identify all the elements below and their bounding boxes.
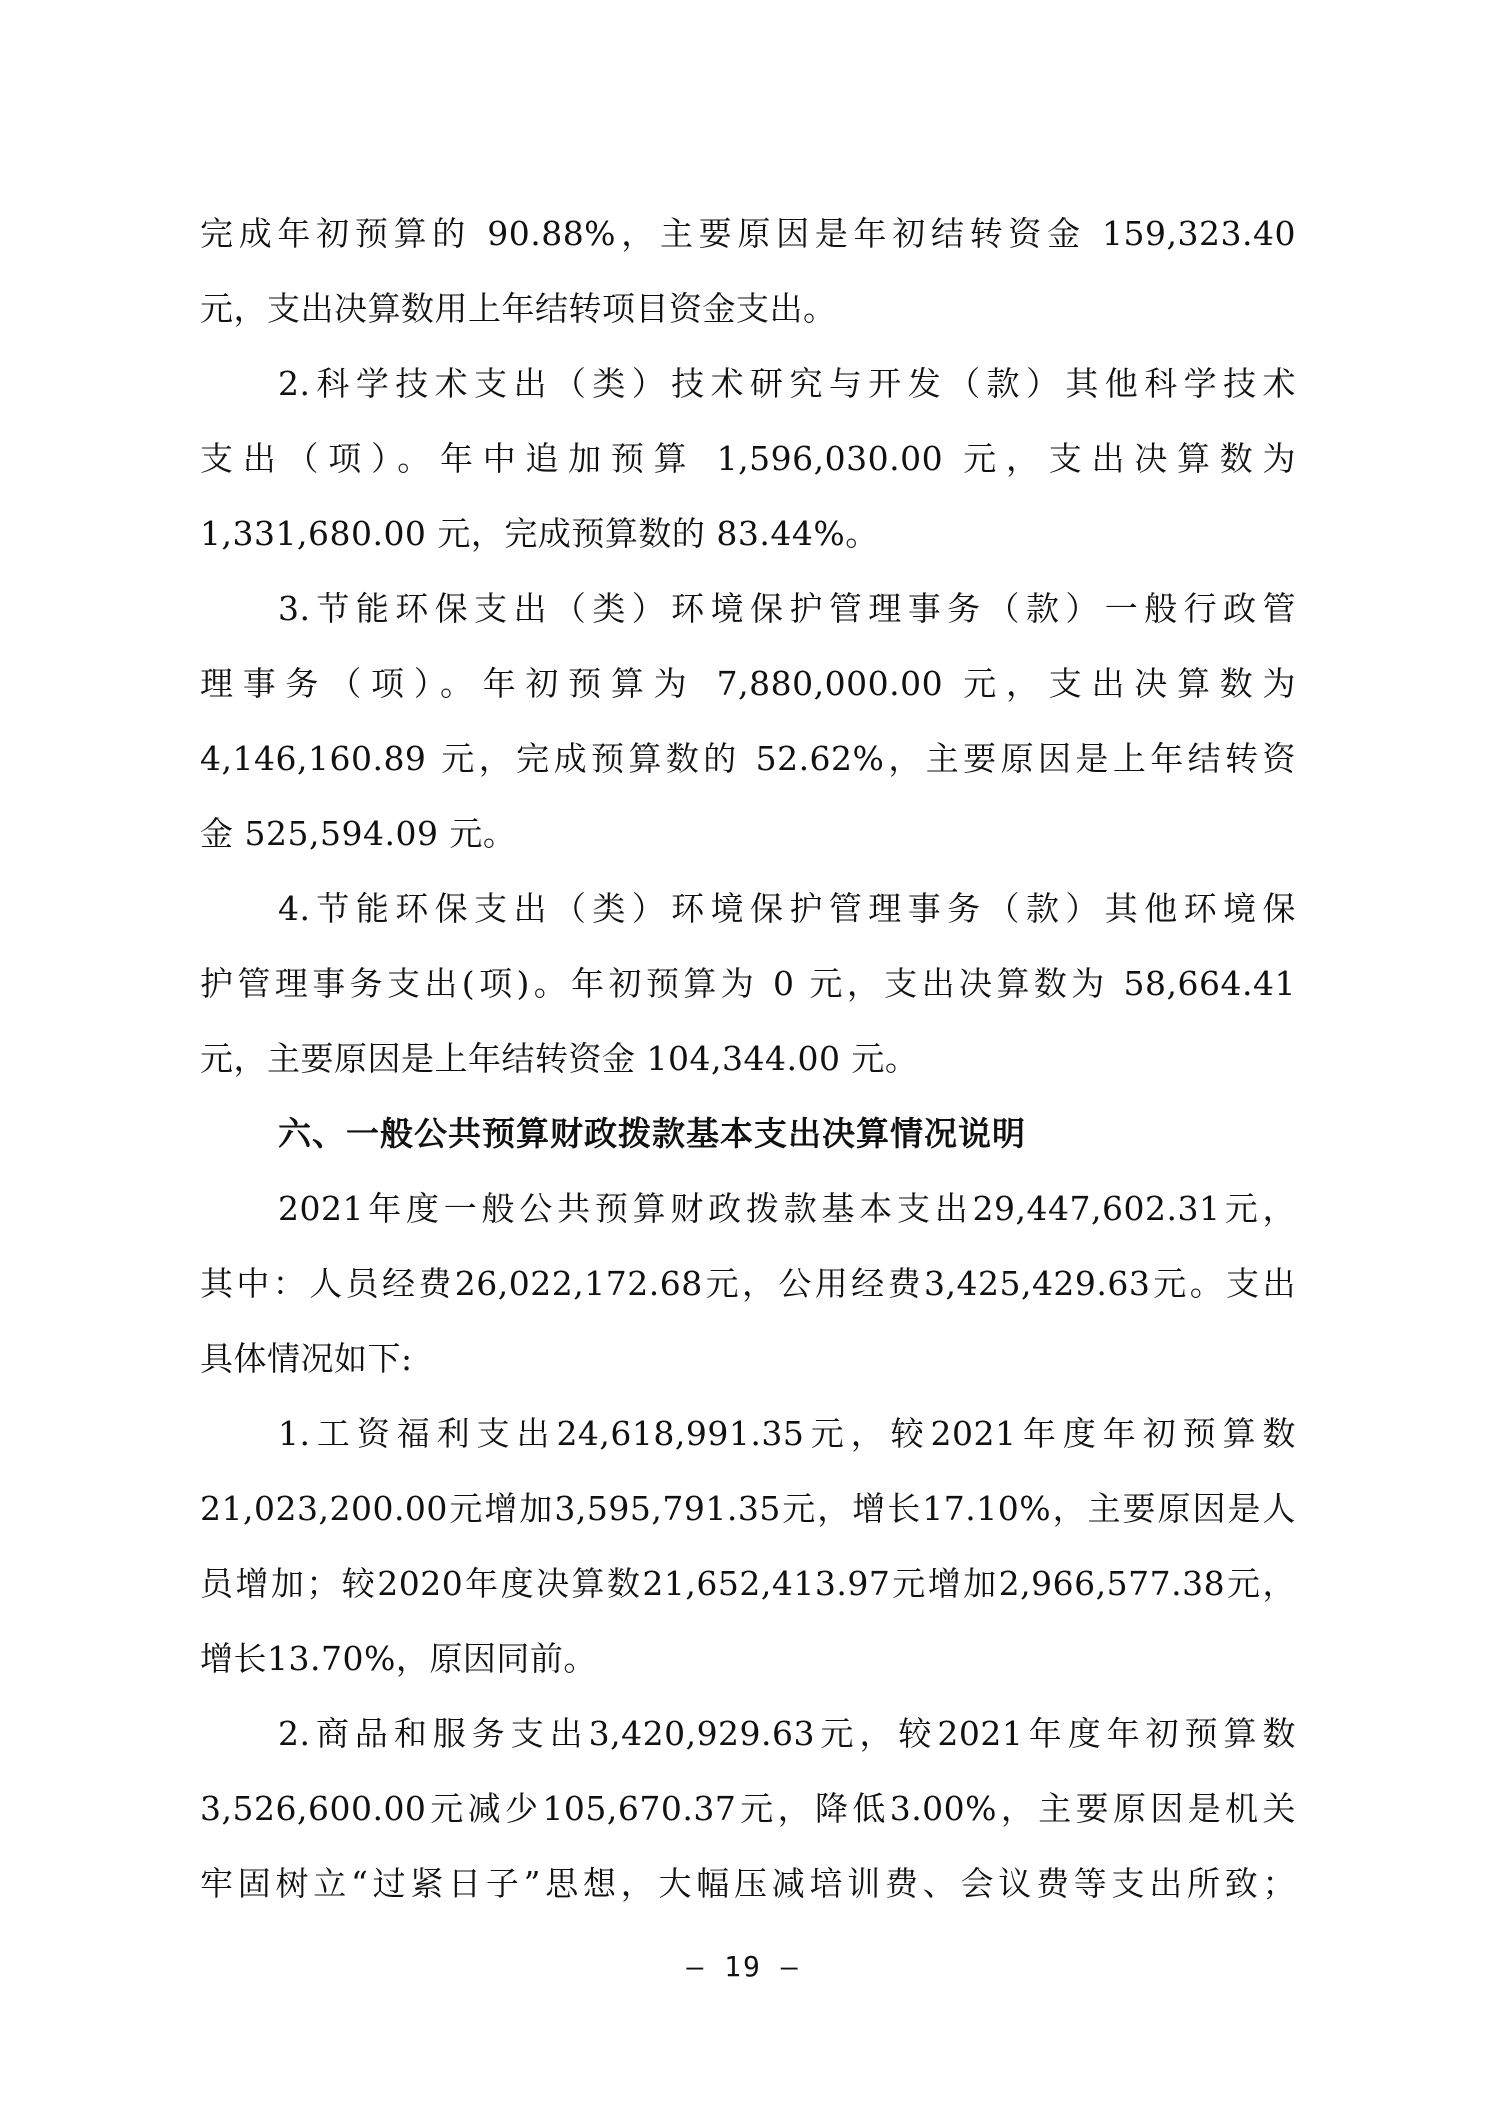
paragraph-line: 4,146,160.89 元，完成预算数的 52.62%，主要原因是上年结转资: [200, 721, 1296, 796]
paragraph-line: 其中：人员经费26,022,172.68元，公用经费3,425,429.63元。…: [200, 1246, 1296, 1321]
paragraph-line: 1.工资福利支出24,618,991.35元，较2021年度年初预算数: [200, 1396, 1296, 1471]
paragraph-line: 金 525,594.09 元。: [200, 796, 1296, 871]
paragraph-line: 3.节能环保支出（类）环境保护管理事务（款）一般行政管: [200, 571, 1296, 646]
paragraph-line: 4.节能环保支出（类）环境保护管理事务（款）其他环境保: [200, 871, 1296, 946]
paragraph-line: 理事务（项）。年初预算为 7,880,000.00 元，支出决算数为: [200, 646, 1296, 721]
paragraph-line: 2021年度一般公共预算财政拨款基本支出29,447,602.31元，: [200, 1171, 1296, 1246]
paragraph-line: 2.商品和服务支出3,420,929.63元，较2021年度年初预算数: [200, 1696, 1296, 1771]
paragraph-line: 牢固树立“过紧日子”思想，大幅压减培训费、会议费等支出所致；: [200, 1846, 1296, 1921]
paragraph-line: 增长13.70%，原因同前。: [200, 1621, 1296, 1696]
paragraph-line: 元，支出决算数用上年结转项目资金支出。: [200, 271, 1296, 346]
paragraph-line: 21,023,200.00元增加3,595,791.35元，增长17.10%，主…: [200, 1471, 1296, 1546]
paragraph-line: 3,526,600.00元减少105,670.37元，降低3.00%，主要原因是…: [200, 1771, 1296, 1846]
paragraph-line: 完成年初预算的 90.88%，主要原因是年初结转资金 159,323.40: [200, 196, 1296, 271]
page-number: — 19 —: [0, 1950, 1486, 1983]
paragraph-line: 2.科学技术支出（类）技术研究与开发（款）其他科学技术: [200, 346, 1296, 421]
section-heading: 六、一般公共预算财政拨款基本支出决算情况说明: [200, 1096, 1296, 1171]
paragraph-line: 支出（项）。年中追加预算 1,596,030.00 元，支出决算数为: [200, 421, 1296, 496]
paragraph-line: 护管理事务支出(项)。年初预算为 0 元，支出决算数为 58,664.41: [200, 946, 1296, 1021]
paragraph-line: 具体情况如下:: [200, 1321, 1296, 1396]
document-page: 完成年初预算的 90.88%，主要原因是年初结转资金 159,323.40 元，…: [200, 196, 1296, 1921]
paragraph-line: 元，主要原因是上年结转资金 104,344.00 元。: [200, 1021, 1296, 1096]
paragraph-line: 1,331,680.00 元，完成预算数的 83.44%。: [200, 496, 1296, 571]
paragraph-line: 员增加；较2020年度决算数21,652,413.97元增加2,966,577.…: [200, 1546, 1296, 1621]
